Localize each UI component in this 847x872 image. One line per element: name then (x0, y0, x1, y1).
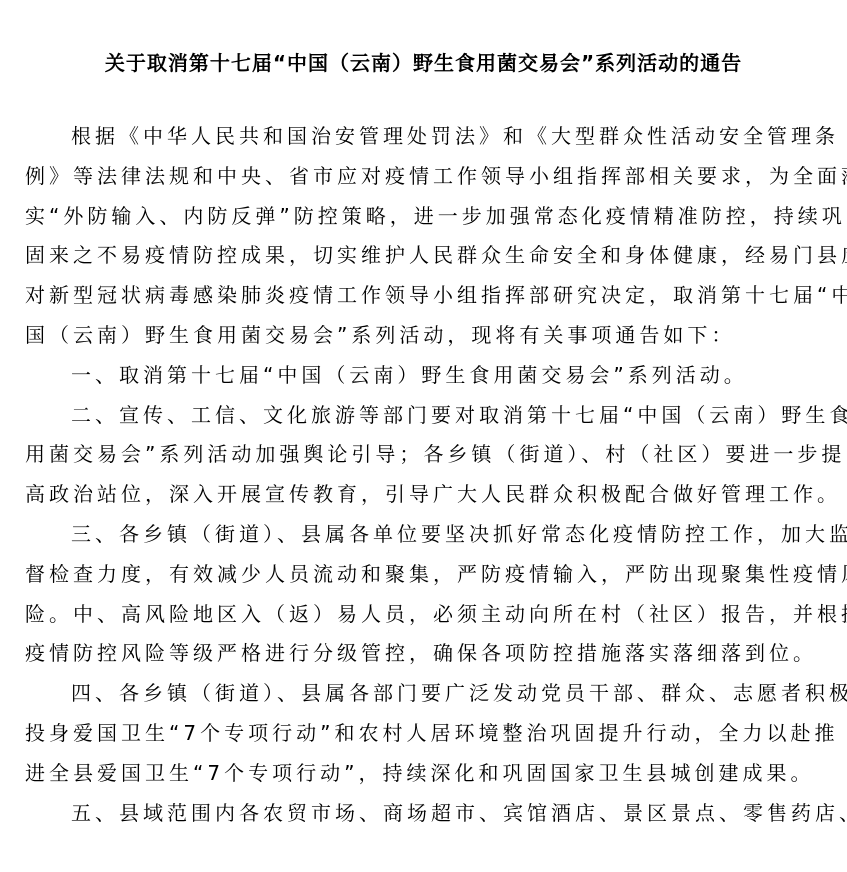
text-line: 对新型冠状病毒感染肺炎疫情工作领导小组指挥部研究决定，取消第十七届“中 (25, 279, 825, 319)
paragraph-item-2: 二、宣传、工信、文化旅游等部门要对取消第十七届“中国（云南）野生食 用菌交易会”… (25, 399, 825, 518)
text-line: 督检查力度，有效减少人员流动和聚集，严防疫情输入，严防出现聚集性疫情风 (25, 558, 825, 598)
text-line: 进全县爱国卫生“7个专项行动”，持续深化和巩固国家卫生县城创建成果。 (25, 757, 825, 797)
text-line: 三、各乡镇（街道）、县属各单位要坚决抓好常态化疫情防控工作，加大监 (25, 518, 825, 558)
text-line: 一、取消第十七届“中国（云南）野生食用菌交易会”系列活动。 (25, 359, 825, 399)
paragraph-item-5: 五、县域范围内各农贸市场、商场超市、宾馆酒店、景区景点、零售药店、 (25, 797, 825, 837)
paragraph-item-3: 三、各乡镇（街道）、县属各单位要坚决抓好常态化疫情防控工作，加大监 督检查力度，… (25, 518, 825, 677)
text-line: 实“外防输入、内防反弹”防控策略，进一步加强常态化疫情精准防控，持续巩 (25, 200, 825, 240)
paragraph-item-1: 一、取消第十七届“中国（云南）野生食用菌交易会”系列活动。 (25, 359, 825, 399)
text-line: 根据《中华人民共和国治安管理处罚法》和《大型群众性活动安全管理条 (25, 120, 825, 160)
text-line: 五、县域范围内各农贸市场、商场超市、宾馆酒店、景区景点、零售药店、 (25, 797, 825, 837)
text-line: 投身爱国卫生“7个专项行动”和农村人居环境整治巩固提升行动，全力以赴推 (25, 717, 825, 757)
document-body: 根据《中华人民共和国治安管理处罚法》和《大型群众性活动安全管理条 例》等法律法规… (25, 120, 825, 836)
paragraph-item-4: 四、各乡镇（街道）、县属各部门要广泛发动党员干部、群众、志愿者积极 投身爱国卫生… (25, 677, 825, 796)
document-title: 关于取消第十七届“中国（云南）野生食用菌交易会”系列活动的通告 (0, 49, 847, 77)
text-line: 险。中、高风险地区入（返）易人员，必须主动向所在村（社区）报告，并根据 (25, 598, 825, 638)
text-line: 高政治站位，深入开展宣传教育，引导广大人民群众积极配合做好管理工作。 (25, 478, 825, 518)
text-line: 例》等法律法规和中央、省市应对疫情工作领导小组指挥部相关要求，为全面落 (25, 160, 825, 200)
text-line: 国（云南）野生食用菌交易会”系列活动，现将有关事项通告如下： (25, 319, 825, 359)
text-line: 二、宣传、工信、文化旅游等部门要对取消第十七届“中国（云南）野生食 (25, 399, 825, 439)
text-line: 四、各乡镇（街道）、县属各部门要广泛发动党员干部、群众、志愿者积极 (25, 677, 825, 717)
text-line: 固来之不易疫情防控成果，切实维护人民群众生命安全和身体健康，经易门县应 (25, 239, 825, 279)
text-line: 疫情防控风险等级严格进行分级管控，确保各项防控措施落实落细落到位。 (25, 637, 825, 677)
text-line: 用菌交易会”系列活动加强舆论引导；各乡镇（街道）、村（社区）要进一步提 (25, 438, 825, 478)
paragraph-preamble: 根据《中华人民共和国治安管理处罚法》和《大型群众性活动安全管理条 例》等法律法规… (25, 120, 825, 359)
